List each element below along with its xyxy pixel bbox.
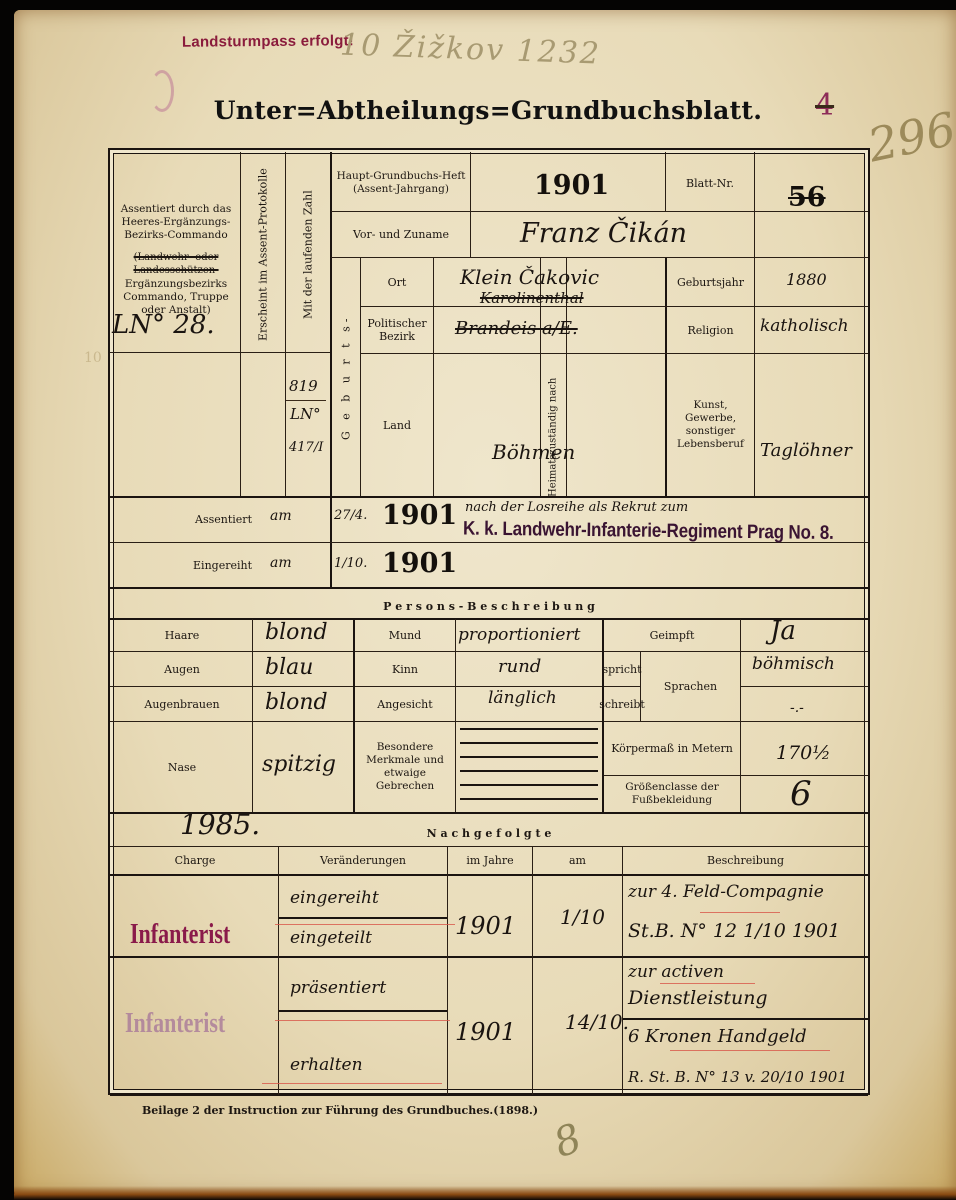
charge-stamp-2: Infanterist xyxy=(125,1006,225,1040)
divider xyxy=(110,874,868,876)
landsturmpass-stamp: Landsturmpass erfolgt! xyxy=(182,32,354,50)
divider xyxy=(447,847,448,1095)
divider xyxy=(240,152,241,497)
laufende-zahl-2: LN° xyxy=(290,405,321,423)
divider xyxy=(110,1094,868,1096)
margin-mark: 10 xyxy=(84,350,102,366)
divider xyxy=(361,306,868,307)
veraenderung-1b: eingeteilt xyxy=(290,928,372,948)
schreibt-value: -.- xyxy=(790,700,804,716)
heft-label: Haupt-Grundbuchs-Heft (Assent-Jahrgang) xyxy=(332,155,470,211)
name-label: Vor- und Zuname xyxy=(332,212,470,257)
eingereiht-year: 1901 xyxy=(382,548,457,579)
laufende-zahl-1: 819 xyxy=(289,377,318,395)
divider xyxy=(740,619,741,812)
divider xyxy=(110,956,868,958)
divider xyxy=(455,619,456,812)
fraction-line xyxy=(286,400,326,401)
assentiert-label: Assentiert xyxy=(112,497,252,542)
beruf-label: Kunst, Gewerbe, sonstiger Lebensberuf xyxy=(667,354,754,496)
red-underline xyxy=(660,983,755,984)
red-underline xyxy=(275,1020,450,1021)
geimpft-label: Geimpft xyxy=(604,619,740,651)
nase-value: spitzig xyxy=(262,752,336,777)
augenbrauen-label: Augenbrauen xyxy=(112,687,252,721)
am-1: 1/10 xyxy=(560,905,605,929)
assentiert-year: 1901 xyxy=(382,500,457,531)
assentiert-date: 27/4. xyxy=(334,508,367,523)
angesicht-label: Angesicht xyxy=(355,687,455,721)
jahr-1: 1901 xyxy=(455,912,516,940)
heft-value: 1901 xyxy=(534,170,609,201)
red-underline xyxy=(670,1050,830,1051)
laufende-zahl-3: 417/I xyxy=(289,440,323,455)
haare-label: Haare xyxy=(112,619,252,651)
am-label-2: am xyxy=(270,555,292,571)
jahr-2: 1901 xyxy=(455,1018,516,1046)
veraenderung-2a: präsentiert xyxy=(290,978,386,998)
geimpft-value: Ja xyxy=(770,616,796,646)
am-label-1: am xyxy=(270,508,292,524)
name-value: Franz Čikán xyxy=(520,218,687,249)
divider xyxy=(623,1018,868,1020)
land-label: Land xyxy=(361,354,433,496)
haare-value: blond xyxy=(265,620,328,645)
divider xyxy=(433,258,434,497)
divider xyxy=(740,686,868,687)
beschreibung-2c: 6 Kronen Handgeld xyxy=(628,1026,807,1047)
beschreibung-1a: zur 4. Feld-Compagnie xyxy=(628,882,824,902)
divider xyxy=(252,619,253,812)
mund-label: Mund xyxy=(355,619,455,651)
divider xyxy=(278,847,279,1095)
merkmale-label: Besondere Merkmale und etwaige Gebrechen xyxy=(355,722,455,812)
section-title-nachgefolgte: N a c h g e f o l g t e xyxy=(110,822,868,844)
assent-protokolle-label: Erscheint im Assent-Protokolle xyxy=(243,160,283,350)
fussbekleidung-label: Größenclasse der Fußbekleidung xyxy=(604,776,740,812)
col-beschreibung: Beschreibung xyxy=(623,847,868,874)
am-2: 14/10. xyxy=(565,1010,629,1034)
red-underline xyxy=(700,912,780,913)
ort-value: Klein Čakovic xyxy=(460,265,599,289)
religion-label: Religion xyxy=(667,307,754,353)
veraenderung-2b: erhalten xyxy=(290,1055,363,1075)
koerpermass-value: 170½ xyxy=(776,742,831,764)
angesicht-value: länglich xyxy=(488,688,557,708)
divider xyxy=(110,352,330,353)
divider xyxy=(285,152,286,497)
col-charge: Charge xyxy=(112,847,278,874)
struck-label: (Landwehr- oder Landesschützen- xyxy=(112,250,240,278)
divider xyxy=(279,1010,447,1012)
assent-unit-value: LN° 28. xyxy=(112,310,215,340)
geburtsjahr-value: 1880 xyxy=(786,270,827,289)
divider xyxy=(361,353,868,354)
koerpermass-label: Körpermaß in Metern xyxy=(604,722,740,775)
divider xyxy=(470,152,471,257)
eingereiht-label: Eingereiht xyxy=(112,543,252,587)
regiment-stamp: K. k. Landwehr-Infanterie-Regiment Prag … xyxy=(463,517,834,544)
spricht-label: spricht xyxy=(604,652,640,686)
divider xyxy=(110,587,868,589)
beschreibung-2a: zur activen xyxy=(628,962,724,982)
beschreibung-1b: St.B. N° 12 1/10 1901 xyxy=(628,920,840,942)
nase-label: Nase xyxy=(112,722,252,812)
assentiert-note: nach der Losreihe als Rekrut zum xyxy=(465,500,688,515)
beschreibung-2d: R. St. B. N° 13 v. 20/10 1901 xyxy=(628,1068,847,1086)
section-title-beschreibung: P e r s o n s - B e s c h r e i b u n g xyxy=(110,596,868,616)
divider xyxy=(622,847,623,1095)
augen-label: Augen xyxy=(112,652,252,686)
kinn-label: Kinn xyxy=(355,652,455,686)
divider xyxy=(279,917,447,919)
divider xyxy=(532,847,533,1095)
ort-struck-value: Karolinenthal xyxy=(480,289,584,307)
laufende-zahl-label: Mit der laufenden Zahl xyxy=(288,160,328,350)
beruf-value: Taglöhner xyxy=(760,440,852,461)
page-title: Unter=Abtheilungs=Grundbuchsblatt. xyxy=(0,96,956,125)
veraenderung-1a: eingereiht xyxy=(290,888,379,908)
fussbekleidung-value: 6 xyxy=(790,774,812,814)
bezirk-label: Politischer Bezirk xyxy=(361,307,433,353)
col-veraenderungen: Veränderungen xyxy=(279,847,447,874)
land-value: Böhmen xyxy=(492,440,575,464)
red-underline xyxy=(275,924,455,925)
sprachen-label: Sprachen xyxy=(641,652,740,721)
merkmale-struck-note xyxy=(458,722,600,812)
divider xyxy=(754,152,755,497)
ort-label: Ort xyxy=(361,258,433,306)
col-jahr: im Jahre xyxy=(448,847,532,874)
assentiert-durch-label: Assentiert durch das Heeres-Ergänzungs-B… xyxy=(112,195,240,250)
col-am: am xyxy=(533,847,622,874)
geburts-label: G e b u r t s- xyxy=(333,260,359,495)
schreibt-label: schreibt xyxy=(604,687,640,721)
red-underline xyxy=(262,1083,442,1084)
geburtsjahr-label: Geburtsjahr xyxy=(667,258,754,306)
burnt-edge xyxy=(14,1186,956,1200)
bezirk-value: Brandeis a/E. xyxy=(455,318,578,339)
blatt-label: Blatt-Nr. xyxy=(666,155,754,211)
spricht-value: böhmisch xyxy=(752,654,835,674)
mund-value: proportioniert xyxy=(458,625,580,645)
eingereiht-date: 1/10. xyxy=(334,556,367,571)
blatt-value: 56 xyxy=(788,182,826,213)
footer-instruction-note: Beilage 2 der Instruction zur Führung de… xyxy=(142,1104,538,1117)
kinn-value: rund xyxy=(498,656,541,677)
charge-stamp-1: Infanterist xyxy=(130,917,230,951)
beschreibung-2b: Dienstleistung xyxy=(628,987,768,1009)
augenbrauen-value: blond xyxy=(265,690,328,715)
religion-value: katholisch xyxy=(760,316,849,336)
augen-value: blau xyxy=(265,655,313,680)
